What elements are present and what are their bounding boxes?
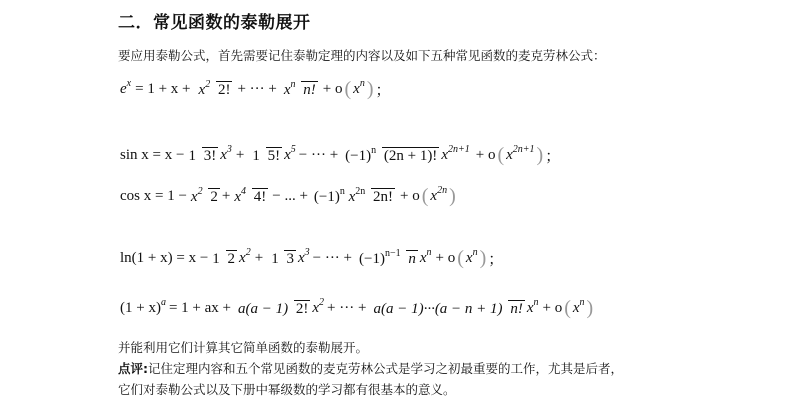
- sin-lhs: sin x = x −: [120, 147, 184, 164]
- cos-lhs: cos x = 1 −: [120, 188, 187, 205]
- ln-term1: 1 2: [210, 250, 237, 268]
- comment-label: 点评:: [118, 361, 148, 376]
- formula-sin: sin x = x − 1 3! x3 + 1 5! x5 − ··· + (−…: [120, 144, 560, 167]
- exp-tail: + o: [323, 81, 343, 98]
- formula-cos: cos x = 1 − x2 2 + x4 4! − ... + (−1)n x…: [120, 185, 458, 208]
- ln-term3: (−1)n−1 n: [357, 250, 418, 268]
- exp-eq: = 1 + x +: [135, 81, 190, 98]
- formula-ln: ln(1 + x) = x − 1 2 x2 + 1 3 x3 − ··· + …: [120, 247, 503, 270]
- after-formulas-text: 并能利用它们计算其它简单函数的泰勒展开。: [118, 338, 368, 356]
- sin-term3: (−1)n (2n + 1)!: [343, 147, 439, 165]
- binom-term1: a(a − 1) 2!: [236, 300, 310, 318]
- sin-term2: 1 5!: [250, 147, 282, 165]
- cos-term3: (−1)n x2n 2n!: [312, 188, 395, 206]
- ln-term2: 1 3: [269, 250, 296, 268]
- exp-term1: x2 2!: [197, 81, 233, 99]
- exp-o-arg: xn: [353, 81, 365, 98]
- cos-term2: x4 4!: [232, 188, 268, 206]
- exp-term2: xn n!: [282, 81, 318, 99]
- binom-lhs: (1 + x)a: [120, 300, 166, 317]
- comment-line-2: 它们对泰勒公式以及下册中幂级数的学习都有很基本的意义。: [118, 380, 456, 398]
- intro-paragraph: 要应用泰勒公式，首先需要记住泰勒定理的内容以及如下五种常见函数的麦克劳林公式：: [118, 46, 606, 64]
- exp-mid: + ··· +: [237, 81, 276, 98]
- ln-lhs: ln(1 + x) = x −: [120, 250, 208, 267]
- formula-binomial: (1 + x)a = 1 + ax + a(a − 1) 2! x2 + ···…: [120, 297, 595, 320]
- exp-lhs: ex: [120, 81, 131, 98]
- sin-term1: 1 3!: [186, 147, 218, 165]
- section-heading: 二．常见函数的泰勒展开: [118, 8, 311, 33]
- cos-term1: x2 2: [189, 188, 220, 206]
- comment-line-1: 点评:记住定理内容和五个常见函数的麦克劳林公式是学习之初最重要的工作，尤其是后者…: [118, 359, 623, 377]
- formula-exp: ex = 1 + x + x2 2! + ··· + xn n! + o (xn…: [120, 78, 391, 101]
- binom-term2: a(a − 1)···(a − n + 1) n!: [371, 300, 524, 318]
